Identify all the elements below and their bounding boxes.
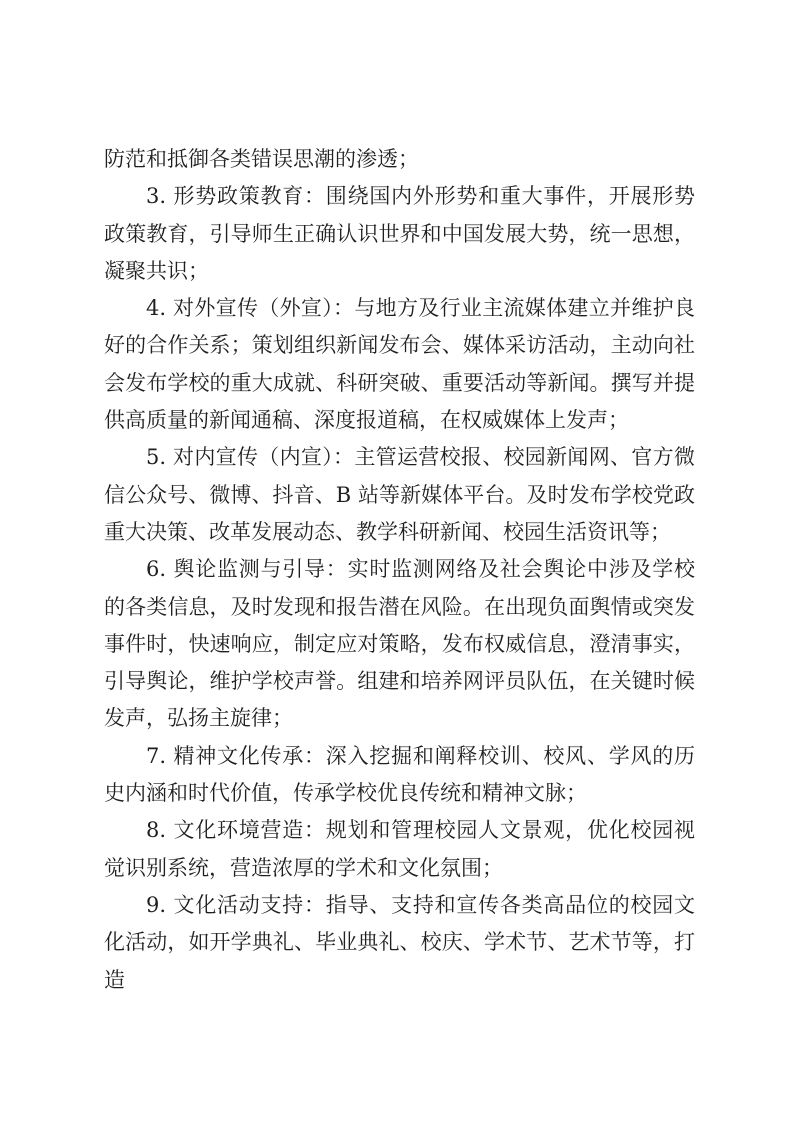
paragraph: 3. 形势政策教育：围绕国内外形势和重大事件，开展形势政策教育，引导师生正确认识… <box>104 178 695 290</box>
document-body: 防范和抵御各类错误思潮的渗透；3. 形势政策教育：围绕国内外形势和重大事件，开展… <box>104 141 695 999</box>
paragraph: 5. 对内宣传（内宣）：主管运营校报、校园新闻网、官方微信公众号、微博、抖音、B… <box>104 439 695 551</box>
paragraph: 8. 文化环境营造：规划和管理校园人文景观，优化校园视觉识别系统，营造浓厚的学术… <box>104 812 695 887</box>
paragraph: 7. 精神文化传承：深入挖掘和阐释校训、校风、学风的历史内涵和时代价值，传承学校… <box>104 738 695 813</box>
document-page: 防范和抵御各类错误思潮的渗透；3. 形势政策教育：围绕国内外形势和重大事件，开展… <box>0 0 793 1122</box>
paragraph: 防范和抵御各类错误思潮的渗透； <box>104 141 695 178</box>
paragraph: 9. 文化活动支持：指导、支持和宣传各类高品位的校园文化活动，如开学典礼、毕业典… <box>104 887 695 999</box>
paragraph: 4. 对外宣传（外宣）：与地方及行业主流媒体建立并维护良好的合作关系；策划组织新… <box>104 290 695 439</box>
paragraph: 6. 舆论监测与引导：实时监测网络及社会舆论中涉及学校的各类信息，及时发现和报告… <box>104 551 695 737</box>
